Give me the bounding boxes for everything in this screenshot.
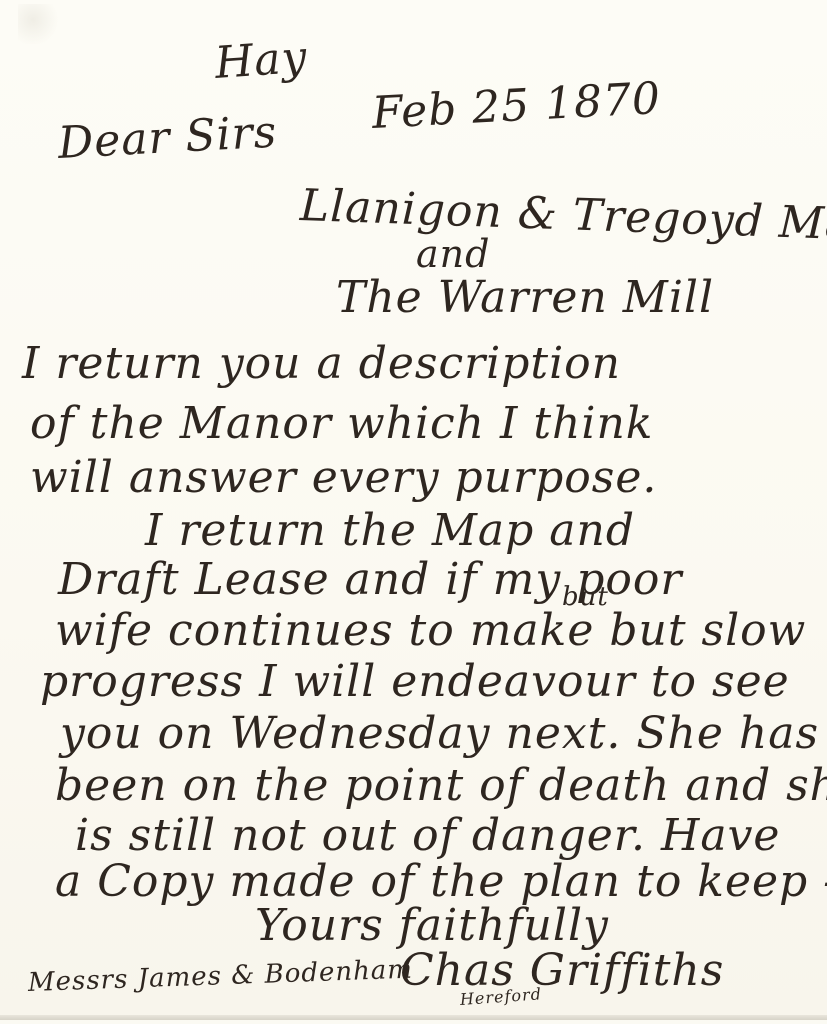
body-line-10: is still not out of danger. Have	[75, 810, 780, 861]
paper-stain	[18, 4, 68, 44]
letter-date: Feb 25 1870	[371, 73, 663, 139]
body-line-9: been on the point of death and she	[55, 760, 827, 811]
letter-place: Hay	[213, 32, 309, 89]
signature: Chas Griffiths	[400, 945, 724, 996]
body-line-4: I return the Map and	[145, 505, 635, 556]
body-line-3: will answer every purpose.	[30, 452, 657, 503]
addressee: Messrs James & Bodenham	[27, 955, 413, 998]
paper-bottom-edge	[0, 1015, 827, 1020]
letter-paper: Hay Feb 25 1870 Dear Sirs Llanigon & Tre…	[0, 0, 827, 1020]
body-line-8: you on Wednesday next. She has	[60, 708, 819, 759]
body-line-2: of the Manor which I think	[30, 398, 653, 449]
body-line-6: wife continues to make but slow	[55, 605, 806, 656]
body-line-7: progress I will endeavour to see	[40, 656, 790, 707]
subject-line-3: The Warren Mill	[336, 272, 714, 323]
subject-line-1: Llanigon & Tregoyd Manor	[299, 180, 827, 253]
body-line-1: I return you a description	[22, 338, 621, 389]
subject-line-2: and	[416, 232, 490, 276]
closing: Yours faithfully	[255, 900, 609, 951]
salutation: Dear Sirs	[57, 107, 279, 169]
